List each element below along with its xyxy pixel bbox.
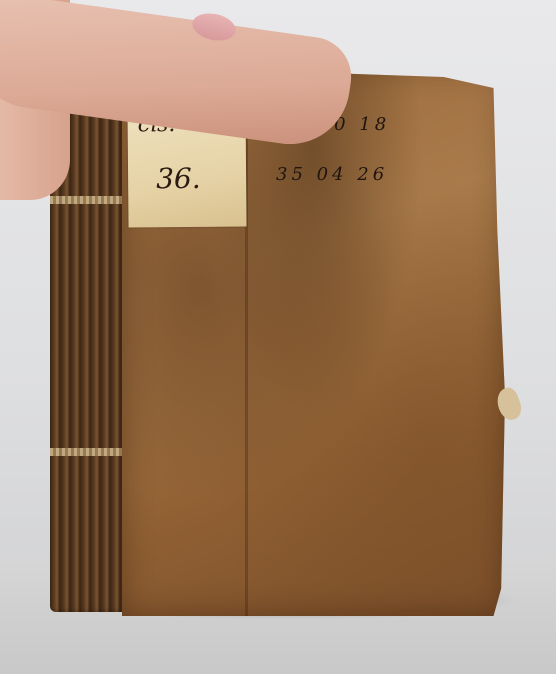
spine-twine-top: [50, 196, 130, 204]
label-number: 36.: [156, 162, 201, 195]
photo-scene: 36 00 18 35 04 26 čís. 36. 36 00 18 35 0…: [0, 0, 556, 674]
cover-note-line2: 35 04 26: [276, 164, 388, 185]
spine-twine-bottom: [50, 448, 130, 456]
